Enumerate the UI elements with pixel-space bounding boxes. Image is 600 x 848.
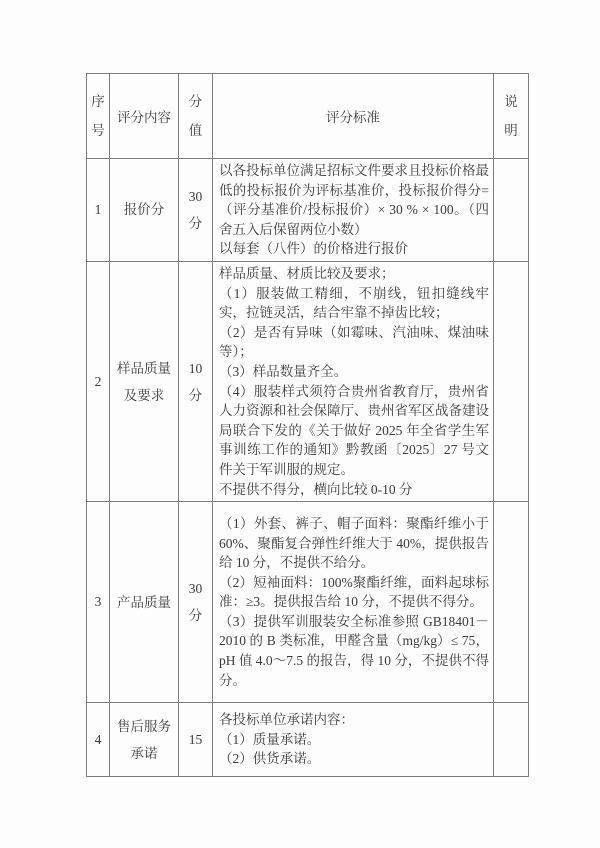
criteria-cell: （1）外套、裤子、帽子面料：聚酯纤维小于 60%、聚酯复合弹性纤维大于 40%，…	[213, 502, 494, 703]
serial-cell: 2	[87, 261, 110, 501]
score-value: 30	[179, 183, 212, 210]
content-cell: 产品质量	[110, 502, 179, 703]
criteria-cell: 以各投标单位满足招标文件要求且投标价格最低的投标报价为评标基准价，投标报价得分=…	[213, 159, 494, 262]
score-value: 30	[179, 575, 212, 602]
score-cell: 15	[179, 703, 213, 777]
content-cell: 样品质量及要求	[110, 261, 179, 501]
criteria-paragraph: （1）外套、裤子、帽子面料：聚酯纤维小于 60%、聚酯复合弹性纤维大于 40%，…	[219, 514, 489, 573]
content-cell: 报价分	[110, 159, 179, 262]
header-label-note: 说明	[504, 87, 519, 145]
header-cell-score: 分值	[179, 74, 213, 159]
header-cell-content: 评分内容	[110, 74, 179, 159]
criteria-paragraph: （1）服装做工精细，不崩线，钮扣缝线牢实，拉链灵活，结合牢靠不掉齿比较；	[219, 284, 489, 323]
table-row: 1 报价分 30 分 以各投标单位满足招标文件要求且投标价格最低的投标报价为评标…	[87, 159, 529, 262]
header-label-criteria: 评分标准	[326, 110, 380, 125]
criteria-paragraph: （2）是否有异味（如霉味、汽油味、煤油味等）；	[219, 323, 489, 362]
criteria-paragraph: 样品质量、材质比较及要求；	[219, 264, 489, 284]
header-label-score: 分值	[188, 87, 203, 145]
score-unit: 分	[179, 382, 212, 409]
table-row: 4 售后服务承诺 15 各投标单位承诺内容： （1）质量承诺。 （2）供货承诺。	[87, 703, 529, 777]
serial-cell: 3	[87, 502, 110, 703]
criteria-paragraph: 各投标单位承诺内容：	[219, 710, 489, 730]
header-label-content: 评分内容	[117, 110, 171, 125]
criteria-paragraph: 以各投标单位满足招标文件要求且投标价格最低的投标报价为评标基准价，投标报价得分=…	[219, 161, 489, 239]
criteria-paragraph: 不提供不得分，横向比较 0-10 分	[219, 480, 489, 500]
header-cell-criteria: 评分标准	[213, 74, 494, 159]
criteria-paragraph: （4）服装样式须符合贵州省教育厅，贵州省人力资源和社会保障厅、贵州省军区战备建设…	[219, 382, 489, 480]
header-cell-serial: 序号	[87, 74, 110, 159]
content-cell: 售后服务承诺	[110, 703, 179, 777]
note-cell	[494, 502, 529, 703]
criteria-cell: 样品质量、材质比较及要求； （1）服装做工精细，不崩线，钮扣缝线牢实，拉链灵活，…	[213, 261, 494, 501]
score-cell: 10 分	[179, 261, 213, 501]
criteria-cell: 各投标单位承诺内容： （1）质量承诺。 （2）供货承诺。	[213, 703, 494, 777]
scoring-table: 序号 评分内容 分值 评分标准 说明 1 报价分 30 分 以各	[86, 73, 529, 777]
table-row: 3 产品质量 30 分 （1）外套、裤子、帽子面料：聚酯纤维小于 60%、聚酯复…	[87, 502, 529, 703]
score-value: 10	[179, 355, 212, 382]
header-label-serial: 序号	[91, 87, 106, 145]
note-cell	[494, 261, 529, 501]
criteria-paragraph: （2）短袖面料：100%聚酯纤维，面料起球标准：≥3。提供报告给 10 分，不提…	[219, 573, 489, 612]
criteria-paragraph: 以每套（八件）的价格进行报价	[219, 239, 489, 259]
score-unit: 分	[179, 602, 212, 629]
header-row: 序号 评分内容 分值 评分标准 说明	[87, 74, 529, 159]
note-cell	[494, 159, 529, 262]
score-value: 15	[179, 726, 212, 753]
document-page: 序号 评分内容 分值 评分标准 说明 1 报价分 30 分 以各	[0, 0, 600, 848]
score-unit: 分	[179, 210, 212, 237]
serial-cell: 4	[87, 703, 110, 777]
criteria-paragraph: （2）供货承诺。	[219, 749, 489, 769]
note-cell	[494, 703, 529, 777]
serial-cell: 1	[87, 159, 110, 262]
criteria-paragraph: （3）提供军训服装安全标准参照 GB18401－2010 的 B 类标准，甲醛含…	[219, 612, 489, 690]
score-cell: 30 分	[179, 159, 213, 262]
header-cell-note: 说明	[494, 74, 529, 159]
table-row: 2 样品质量及要求 10 分 样品质量、材质比较及要求； （1）服装做工精细，不…	[87, 261, 529, 501]
criteria-paragraph: （1）质量承诺。	[219, 730, 489, 750]
score-cell: 30 分	[179, 502, 213, 703]
criteria-paragraph: （3）样品数量齐全。	[219, 362, 489, 382]
